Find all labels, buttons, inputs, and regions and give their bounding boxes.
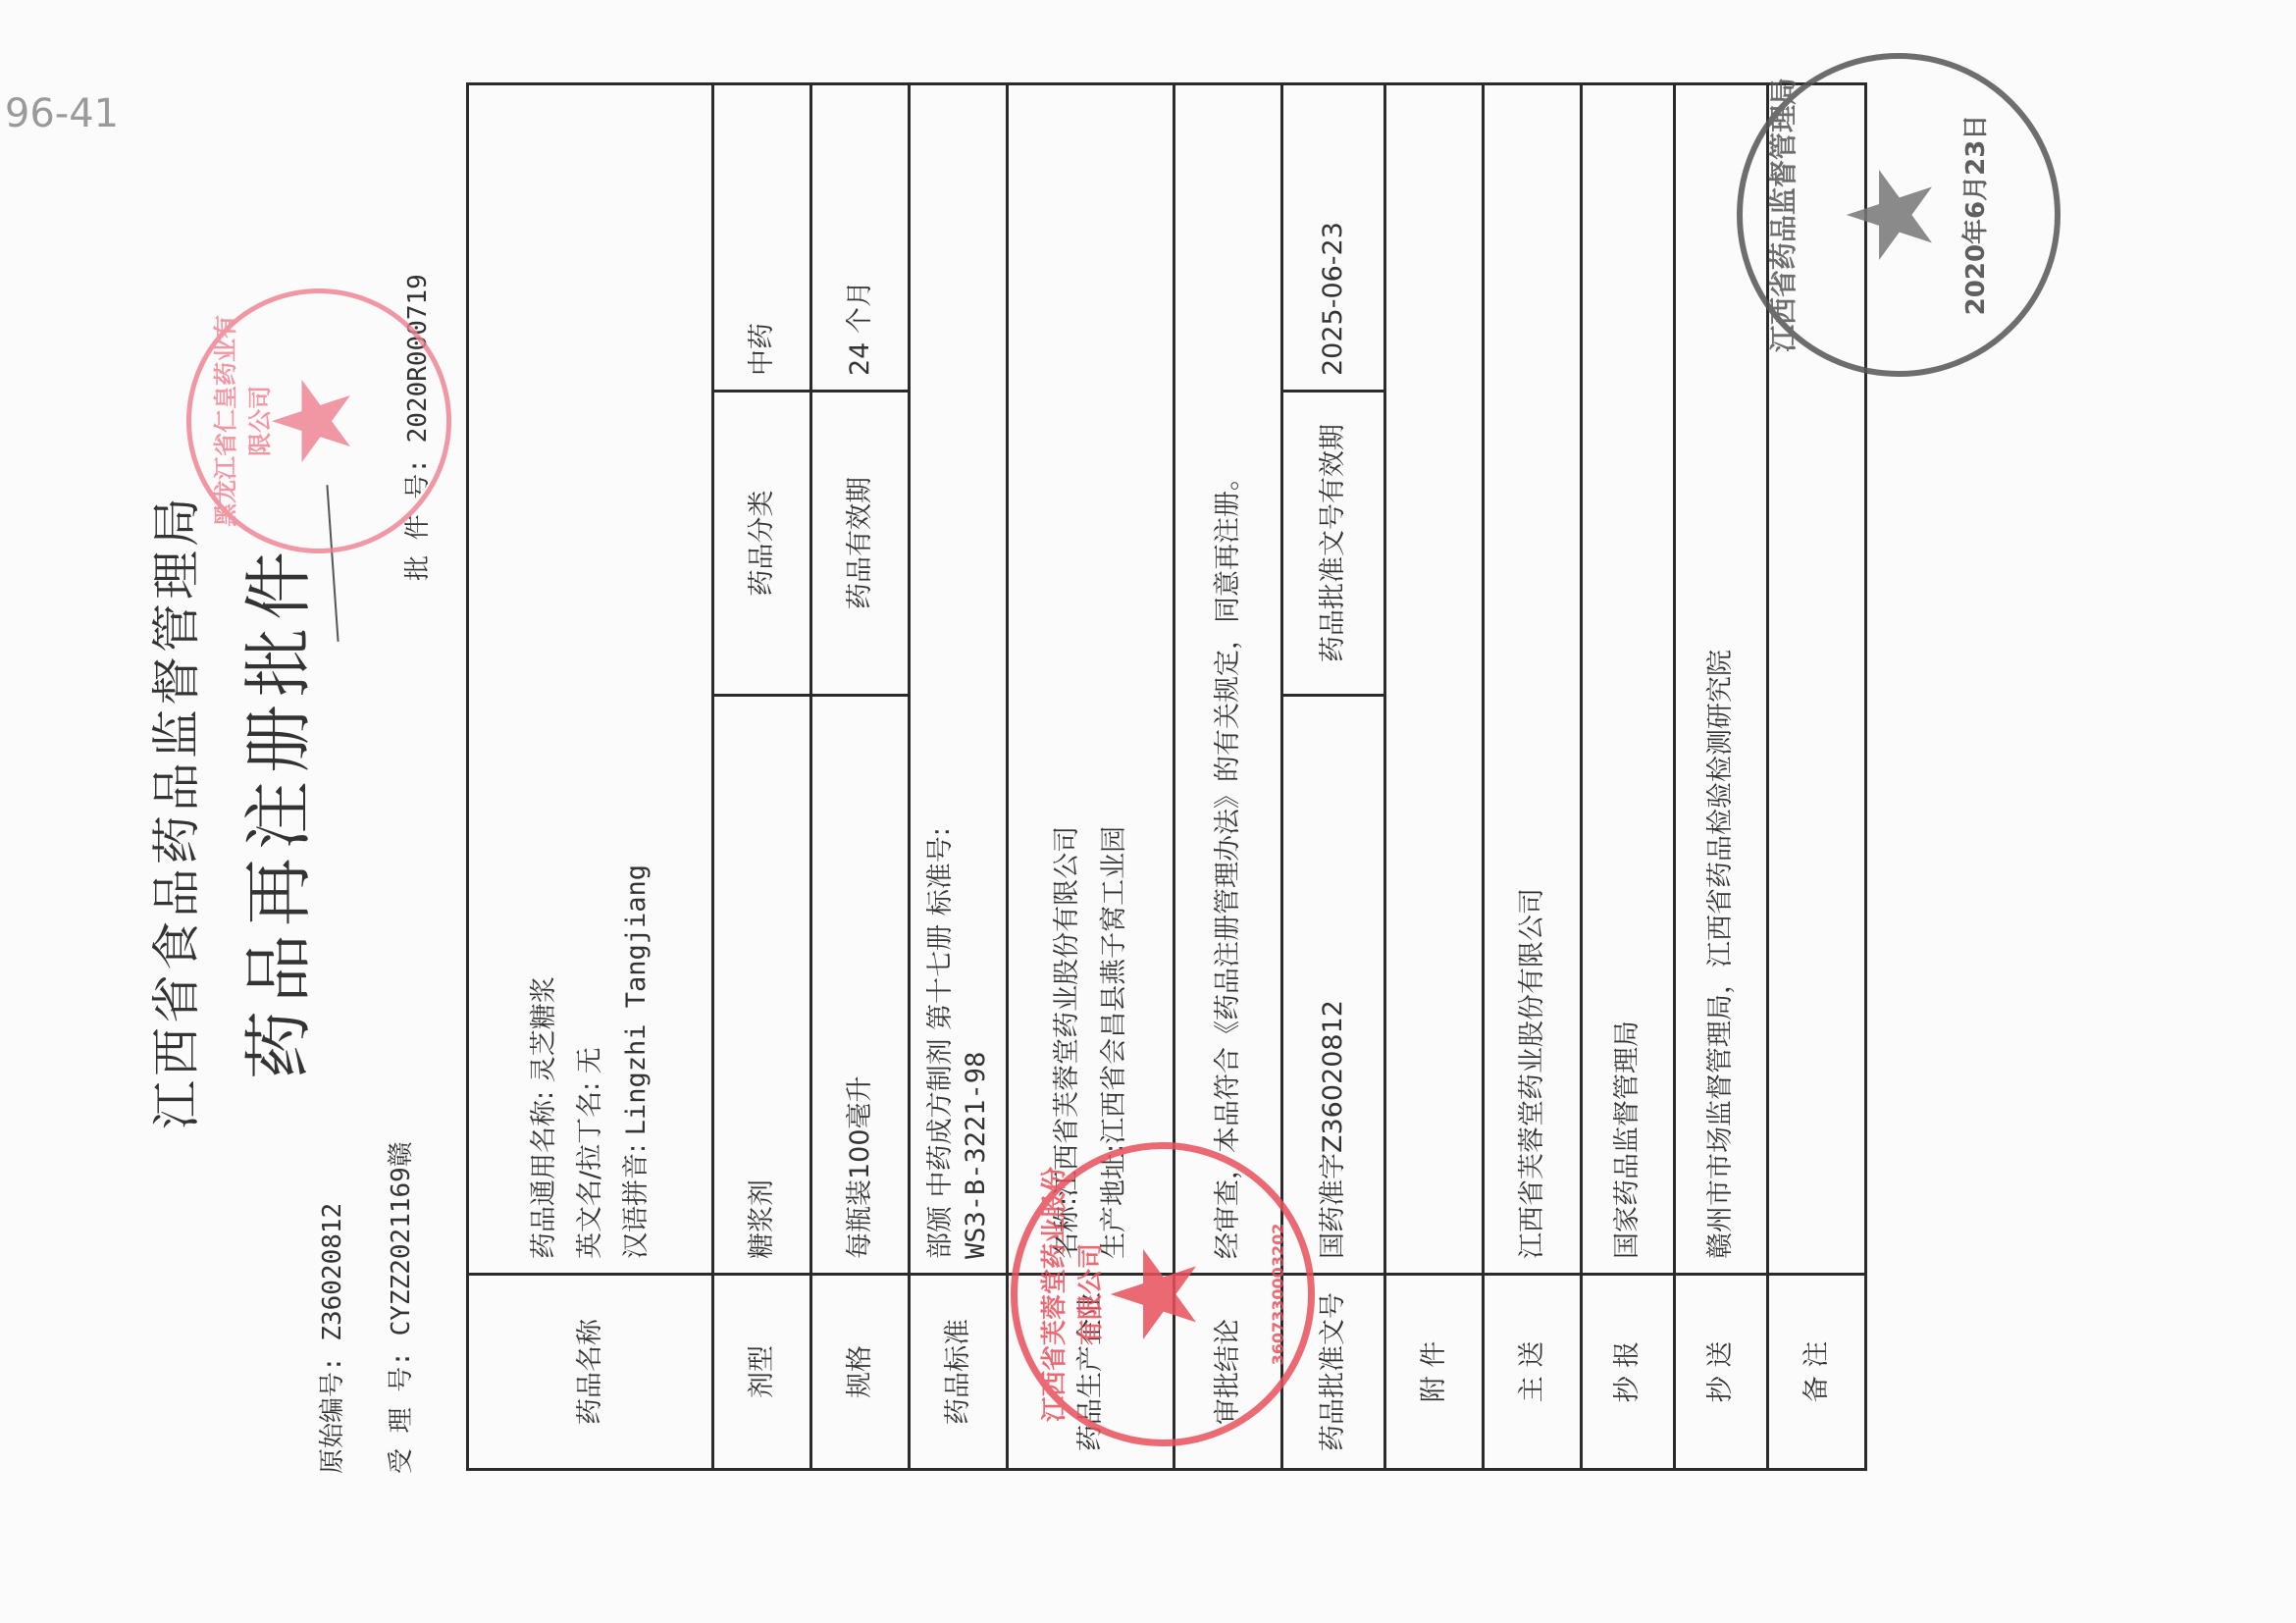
row-standard: 药品标准 部颁 中药成方制剂 第十七册 标准号: WS3-B-3221-98: [910, 83, 1008, 1469]
document-page: 96-41 江西省食品药品监督管理局 药品再注册批件 原始编号: Z360208…: [0, 0, 2296, 1623]
company-seal: ★ 江西省芙蓉堂药业股份有限公司 3607330003202: [1011, 1142, 1315, 1446]
acceptance-number-line: 受 理 号: CYZZ2021169赣: [381, 1141, 417, 1474]
seal-text: 江西省芙蓉堂药业股份有限公司: [1034, 1162, 1107, 1427]
star-icon: ★: [1088, 1241, 1225, 1347]
attachment-value: [1385, 83, 1484, 1274]
pinyin-label: 汉语拼音:: [621, 1144, 652, 1259]
specification-label: 规格: [811, 1275, 910, 1470]
row-specification: 规格 每瓶装100毫升 药品有效期 24 个月: [811, 83, 910, 1469]
acceptance-number-label: 受 理 号:: [387, 1351, 416, 1474]
seal-code: 3607330003202: [1269, 1162, 1287, 1427]
original-number-line: 原始编号: Z36020812: [312, 1203, 348, 1474]
standard-line-1: 部颁 中药成方制剂 第十七册 标准号:: [923, 99, 958, 1259]
english-name-value: 无: [575, 1047, 605, 1073]
drug-name-label: 药品名称: [468, 1275, 713, 1470]
conclusion-value: 经审查，本品符合《药品注册管理办法》的有关规定，同意再注册。: [1174, 83, 1282, 1274]
issuing-agency: 江西省食品药品监督管理局: [137, 0, 208, 1623]
standard-value: 部颁 中药成方制剂 第十七册 标准号: WS3-B-3221-98: [910, 83, 1008, 1274]
official-seal: ★ 江西省药品监督管理局 2020年6月23日: [1737, 53, 2061, 377]
specification-value: 每瓶装100毫升: [811, 696, 910, 1275]
category-value: 中药: [713, 83, 811, 391]
approval-validity-value: 2025-06-23: [1282, 83, 1385, 391]
pinyin-value: Lingzhi Tangjiang: [621, 864, 652, 1135]
row-drug-name: 药品名称 药品通用名称: 灵芝糖浆 英文名/拉丁名: 无 汉语拼音: Lingz…: [468, 83, 713, 1469]
manufacturer-values: 名称:江西省芙蓉堂药业股份有限公司 生产地址:江西省会昌县燕子窝工业园: [1008, 83, 1174, 1274]
approval-validity-label: 药品批准文号有效期: [1282, 392, 1385, 696]
cc-report-label: 抄 报: [1582, 1275, 1675, 1470]
seal-date: 2020年6月23日: [1956, 73, 1992, 357]
row-cc-report: 抄 报 国家药品监督管理局: [1582, 83, 1675, 1469]
heilongjiang-seal: ★ 黑龙江省仁皇药业有限公司: [186, 288, 451, 553]
attachment-label: 附 件: [1385, 1275, 1484, 1470]
standard-label: 药品标准: [910, 1275, 1008, 1470]
approval-number-value: 国药准字Z36020812: [1282, 696, 1385, 1275]
star-icon: ★: [1824, 162, 1960, 268]
handwritten-note: 96-41: [5, 91, 119, 136]
acceptance-number: CYZZ2021169赣: [387, 1141, 416, 1335]
row-dosage-form: 剂型 糖浆剂 药品分类 中药: [713, 83, 811, 1469]
english-name-label: 英文名/拉丁名:: [575, 1082, 605, 1259]
original-number-label: 原始编号:: [318, 1356, 347, 1474]
generic-name-label: 药品通用名称:: [529, 1091, 559, 1259]
document-title: 药品再注册批件: [224, 0, 323, 1623]
remarks-label: 备 注: [1768, 1275, 1866, 1470]
row-main-recipient: 主 送 江西省芙蓉堂药业股份有限公司: [1484, 83, 1582, 1469]
standard-line-2: WS3-B-3221-98: [959, 99, 993, 1259]
manufacturer-name-value: 江西省芙蓉堂药业股份有限公司: [1052, 826, 1082, 1197]
manufacturer-address-value: 江西省会昌县燕子窝工业园: [1099, 826, 1129, 1144]
category-label: 药品分类: [713, 392, 811, 696]
cc-send-label: 抄 送: [1675, 1275, 1768, 1470]
seal-text: 黑龙江省仁皇药业有限公司: [206, 308, 275, 534]
row-attachment: 附 件: [1385, 83, 1484, 1469]
drug-name-values: 药品通用名称: 灵芝糖浆 英文名/拉丁名: 无 汉语拼音: Lingzhi Ta…: [468, 83, 713, 1274]
dosage-form-value: 糖浆剂: [713, 696, 811, 1275]
row-cc-send: 抄 送 赣州市市场监督管理局，江西省药品检验检测研究院: [1675, 83, 1768, 1469]
shelf-life-label: 药品有效期: [811, 392, 910, 696]
main-recipient-label: 主 送: [1484, 1275, 1582, 1470]
cc-report-value: 国家药品监督管理局: [1582, 83, 1675, 1274]
main-recipient-value: 江西省芙蓉堂药业股份有限公司: [1484, 83, 1582, 1274]
original-number: Z36020812: [318, 1203, 347, 1341]
generic-name-value: 灵芝糖浆: [529, 976, 559, 1082]
dosage-form-label: 剂型: [713, 1275, 811, 1470]
shelf-life-value: 24 个月: [811, 83, 910, 391]
seal-text: 江西省药品监督管理局: [1762, 73, 1801, 357]
